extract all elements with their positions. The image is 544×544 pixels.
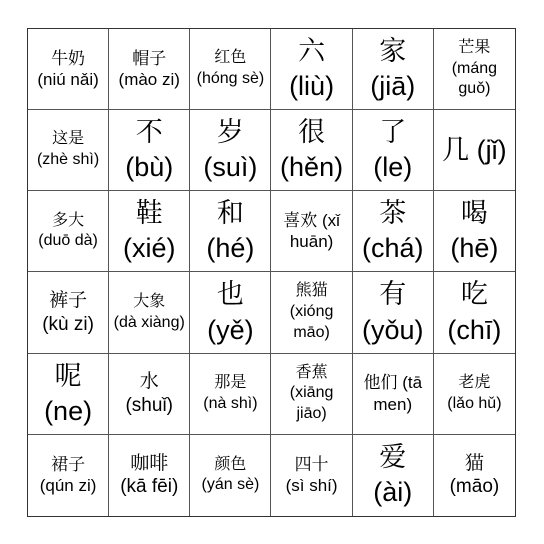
cell-pinyin: (le) [373, 152, 412, 182]
cell-hanzi: 喜欢 [283, 211, 317, 230]
bingo-cell[interactable]: 六(liù) [271, 29, 352, 110]
cell-text: 六(liù) [289, 34, 334, 104]
bingo-cell[interactable]: 颜色(yán sè) [190, 435, 271, 516]
bingo-cell[interactable]: 大象(dà xiàng) [109, 272, 190, 353]
bingo-cell[interactable]: 吃(chī) [434, 272, 515, 353]
cell-text: 了(le) [373, 115, 412, 185]
cell-text: 家(jiā) [370, 34, 415, 104]
cell-pinyin: (ài) [373, 477, 412, 507]
cell-text: 岁(suì) [203, 115, 257, 185]
cell-pinyin: (ne) [44, 396, 92, 426]
bingo-cell[interactable]: 帽子(mào zi) [109, 29, 190, 110]
bingo-cell[interactable]: 几 (jǐ) [434, 110, 515, 191]
cell-pinyin: (xióng māo) [290, 303, 334, 341]
cell-hanzi: 这是 [37, 129, 99, 150]
cell-text: 那是(nà shì) [203, 373, 257, 415]
cell-pinyin: (hé) [206, 233, 254, 263]
cell-hanzi: 和 [206, 196, 254, 231]
cell-hanzi: 六 [289, 34, 334, 69]
cell-text: 四十(sì shí) [286, 454, 338, 497]
cell-hanzi: 芒果 [435, 38, 514, 59]
cell-pinyin: (sì shí) [286, 476, 338, 495]
bingo-cell[interactable]: 熊猫(xióng māo) [271, 272, 352, 353]
cell-pinyin: (suì) [203, 152, 257, 182]
cell-pinyin: (liù) [289, 71, 334, 101]
cell-text: 鞋(xié) [123, 196, 176, 266]
cell-pinyin: (lǎo hǔ) [447, 395, 501, 412]
bingo-cell[interactable]: 裤子(kù zi) [28, 272, 109, 353]
bingo-cell[interactable]: 家(jiā) [353, 29, 434, 110]
cell-pinyin: (yǒu) [362, 315, 424, 345]
cell-pinyin: (nà shì) [203, 395, 257, 412]
bingo-cell[interactable]: 牛奶(niú nǎi) [28, 29, 109, 110]
bingo-cell[interactable]: 红色(hóng sè) [190, 29, 271, 110]
cell-text: 这是(zhè shì) [37, 129, 99, 171]
cell-hanzi: 很 [280, 115, 343, 150]
bingo-cell[interactable]: 他们 (tā men) [353, 354, 434, 435]
cell-text: 有(yǒu) [362, 277, 424, 347]
bingo-cell[interactable]: 呢(ne) [28, 354, 109, 435]
cell-hanzi: 鞋 [123, 196, 176, 231]
cell-pinyin: (dà xiàng) [114, 314, 185, 331]
cell-hanzi: 帽子 [119, 48, 180, 69]
cell-pinyin: (māo) [450, 476, 500, 497]
bingo-board: 牛奶(niú nǎi)帽子(mào zi)红色(hóng sè)六(liù)家(… [27, 28, 516, 517]
cell-hanzi: 四十 [286, 454, 338, 475]
cell-hanzi: 也 [207, 277, 254, 312]
cell-pinyin: (chá) [362, 233, 424, 263]
cell-pinyin: (niú nǎi) [37, 70, 98, 89]
cell-text: 吃(chī) [447, 277, 501, 347]
cell-text: 颜色(yán sè) [202, 455, 260, 497]
cell-hanzi: 牛奶 [37, 48, 98, 69]
cell-text: 芒果(máng guǒ) [435, 38, 514, 100]
bingo-cell[interactable]: 裙子(qún zi) [28, 435, 109, 516]
cell-hanzi: 喝 [450, 196, 498, 231]
cell-hanzi: 熊猫 [272, 281, 350, 302]
cell-text: 他们 (tā men) [354, 372, 432, 415]
cell-pinyin: (jǐ) [477, 135, 507, 165]
cell-text: 大象(dà xiàng) [114, 292, 185, 334]
cell-text: 多大(duō dà) [38, 211, 98, 253]
cell-hanzi: 那是 [203, 373, 257, 394]
cell-hanzi: 家 [370, 34, 415, 69]
bingo-cell[interactable]: 很(hěn) [271, 110, 352, 191]
cell-pinyin: (zhè shì) [37, 151, 99, 168]
cell-hanzi: 红色 [197, 48, 265, 69]
cell-pinyin: (hē) [450, 233, 498, 263]
cell-pinyin: (hóng sè) [197, 70, 265, 87]
cell-text: 猫(māo) [450, 452, 500, 500]
cell-hanzi: 香蕉 [272, 363, 350, 384]
cell-hanzi: 茶 [362, 196, 424, 231]
cell-pinyin: (xiāng jiāo) [290, 384, 334, 422]
cell-hanzi: 岁 [203, 115, 257, 150]
bingo-cell[interactable]: 猫(māo) [434, 435, 515, 516]
cell-pinyin: (duō dà) [38, 232, 98, 249]
bingo-cell[interactable]: 岁(suì) [190, 110, 271, 191]
cell-text: 呢(ne) [44, 359, 92, 429]
cell-hanzi: 多大 [38, 211, 98, 232]
cell-pinyin: (bù) [125, 152, 173, 182]
bingo-cell[interactable]: 和(hé) [190, 191, 271, 272]
cell-text: 很(hěn) [280, 115, 343, 185]
bingo-cell[interactable]: 爱(ài) [353, 435, 434, 516]
bingo-cell[interactable]: 咖啡(kā fēi) [109, 435, 190, 516]
cell-pinyin: (hěn) [280, 152, 343, 182]
cell-pinyin: (qún zi) [40, 476, 97, 495]
bingo-cell[interactable]: 喜欢 (xǐ huān) [271, 191, 352, 272]
cell-text: 爱(ài) [373, 440, 412, 510]
cell-text: 牛奶(niú nǎi) [37, 48, 98, 91]
cell-text: 香蕉(xiāng jiāo) [272, 363, 350, 425]
cell-pinyin: (yě) [207, 315, 254, 345]
cell-hanzi: 爱 [373, 440, 412, 475]
cell-text: 喝(hē) [450, 196, 498, 266]
cell-hanzi: 几 [442, 135, 469, 165]
cell-hanzi: 猫 [450, 452, 500, 476]
cell-hanzi: 有 [362, 277, 424, 312]
cell-hanzi: 他们 [363, 373, 397, 392]
bingo-cell[interactable]: 四十(sì shí) [271, 435, 352, 516]
cell-pinyin: (kù zi) [42, 314, 94, 335]
cell-pinyin: (yán sè) [202, 476, 260, 493]
cell-hanzi: 呢 [44, 359, 92, 394]
cell-text: 裙子(qún zi) [40, 454, 97, 497]
cell-pinyin: (chī) [447, 315, 501, 345]
cell-pinyin: (xié) [123, 233, 176, 263]
bingo-cell[interactable]: 有(yǒu) [353, 272, 434, 353]
bingo-cell[interactable]: 鞋(xié) [109, 191, 190, 272]
cell-text: 咖啡(kā fēi) [120, 452, 178, 500]
bingo-cell[interactable]: 也(yě) [190, 272, 271, 353]
bingo-cell[interactable]: 喝(hē) [434, 191, 515, 272]
bingo-cell[interactable]: 芒果(máng guǒ) [434, 29, 515, 110]
cell-text: 红色(hóng sè) [197, 48, 265, 90]
bingo-cell[interactable]: 这是(zhè shì) [28, 110, 109, 191]
bingo-cell[interactable]: 香蕉(xiāng jiāo) [271, 354, 352, 435]
cell-text: 老虎(lǎo hǔ) [447, 373, 501, 415]
cell-hanzi: 老虎 [447, 373, 501, 394]
cell-text: 也(yě) [207, 277, 254, 347]
cell-hanzi: 咖啡 [120, 452, 178, 476]
bingo-cell[interactable]: 茶(chá) [353, 191, 434, 272]
cell-hanzi: 水 [125, 370, 173, 394]
cell-hanzi: 裙子 [40, 454, 97, 475]
cell-hanzi: 吃 [447, 277, 501, 312]
cell-text: 喜欢 (xǐ huān) [272, 210, 350, 253]
bingo-cell[interactable]: 了(le) [353, 110, 434, 191]
cell-hanzi: 不 [125, 115, 173, 150]
cell-text: 不(bù) [125, 115, 173, 185]
cell-hanzi: 裤子 [42, 289, 94, 313]
bingo-cell[interactable]: 水(shuǐ) [109, 354, 190, 435]
cell-text: 熊猫(xióng māo) [272, 281, 350, 343]
cell-text: 几 (jǐ) [442, 133, 507, 168]
cell-text: 裤子(kù zi) [42, 289, 94, 337]
cell-pinyin: (jiā) [370, 71, 415, 101]
cell-hanzi: 颜色 [202, 455, 260, 476]
cell-pinyin: (shuǐ) [125, 395, 173, 416]
bingo-cell[interactable]: 多大(duō dà) [28, 191, 109, 272]
cell-text: 水(shuǐ) [125, 370, 173, 418]
cell-text: 茶(chá) [362, 196, 424, 266]
cell-text: 和(hé) [206, 196, 254, 266]
cell-pinyin: (máng guǒ) [452, 60, 497, 98]
cell-hanzi: 大象 [114, 292, 185, 313]
cell-text: 帽子(mào zi) [119, 48, 180, 91]
bingo-cell[interactable]: 那是(nà shì) [190, 354, 271, 435]
cell-pinyin: (kā fēi) [120, 476, 178, 497]
bingo-cell[interactable]: 老虎(lǎo hǔ) [434, 354, 515, 435]
cell-pinyin: (mào zi) [119, 70, 180, 89]
bingo-cell[interactable]: 不(bù) [109, 110, 190, 191]
cell-hanzi: 了 [373, 115, 412, 150]
